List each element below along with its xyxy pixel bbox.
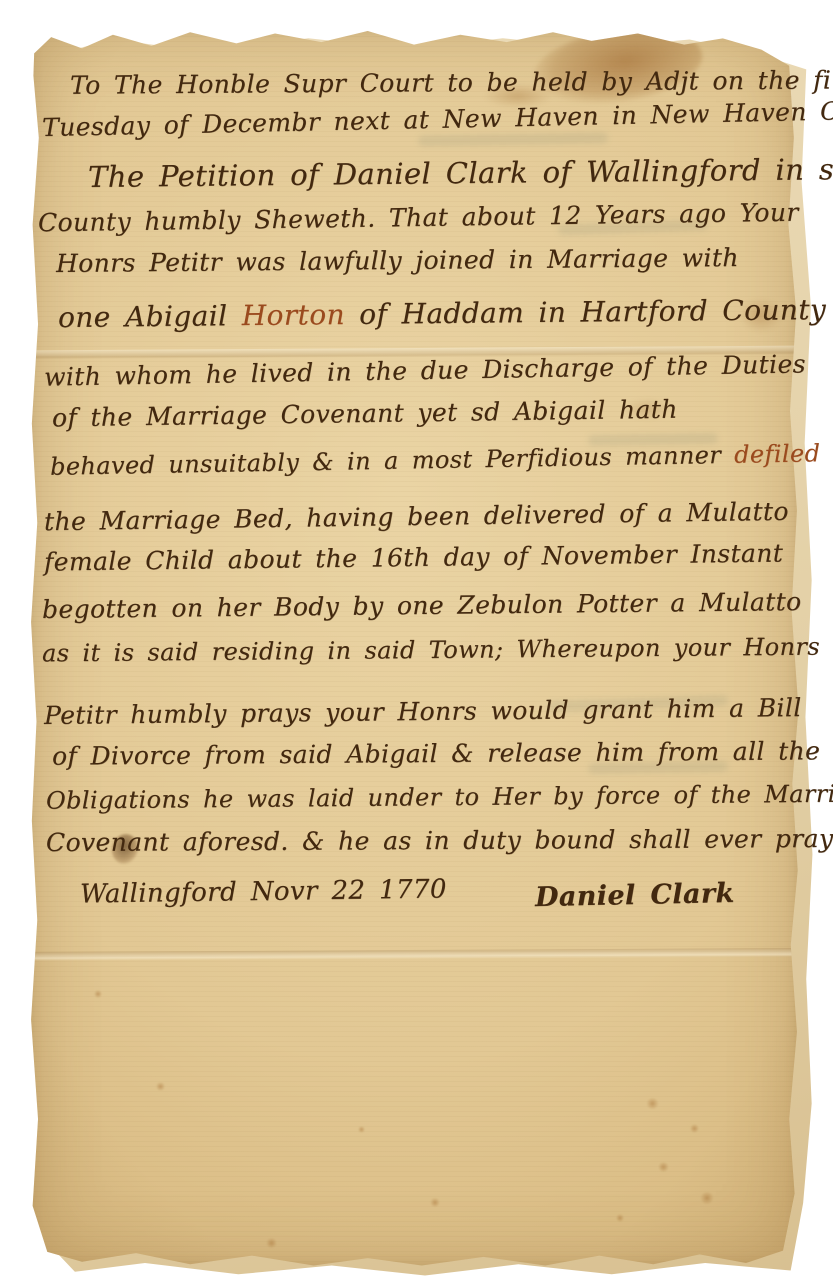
fold-crease-upper (28, 346, 800, 360)
paper-sheet (28, 26, 800, 1268)
foxing-spot (358, 1126, 365, 1133)
ink-bleedthrough (548, 695, 728, 712)
ink-bleedthrough (558, 219, 708, 235)
ink-bleedthrough (588, 761, 728, 774)
ink-blot (109, 831, 142, 867)
foxing-spot (94, 990, 102, 998)
foxing-spot (430, 1198, 440, 1207)
paper-vignette (28, 26, 800, 1268)
ink-bleedthrough (418, 132, 608, 146)
scan-background: To The Honble Supr Court to be held by A… (0, 0, 833, 1288)
stain-top (529, 19, 707, 114)
foxing-spot (646, 1098, 659, 1109)
foxing-spot (266, 1238, 277, 1248)
stain-right (740, 298, 782, 332)
foxing-spot (700, 1192, 714, 1204)
foxing-spot (616, 1214, 624, 1222)
stain-top-small (483, 84, 553, 108)
fold-crease-lower (28, 948, 800, 961)
ink-bleedthrough (588, 433, 718, 446)
foxing-spot (690, 1124, 699, 1133)
foxing-spot (156, 1082, 165, 1091)
foxing-spot (658, 1162, 669, 1172)
stain-middle (624, 398, 672, 420)
